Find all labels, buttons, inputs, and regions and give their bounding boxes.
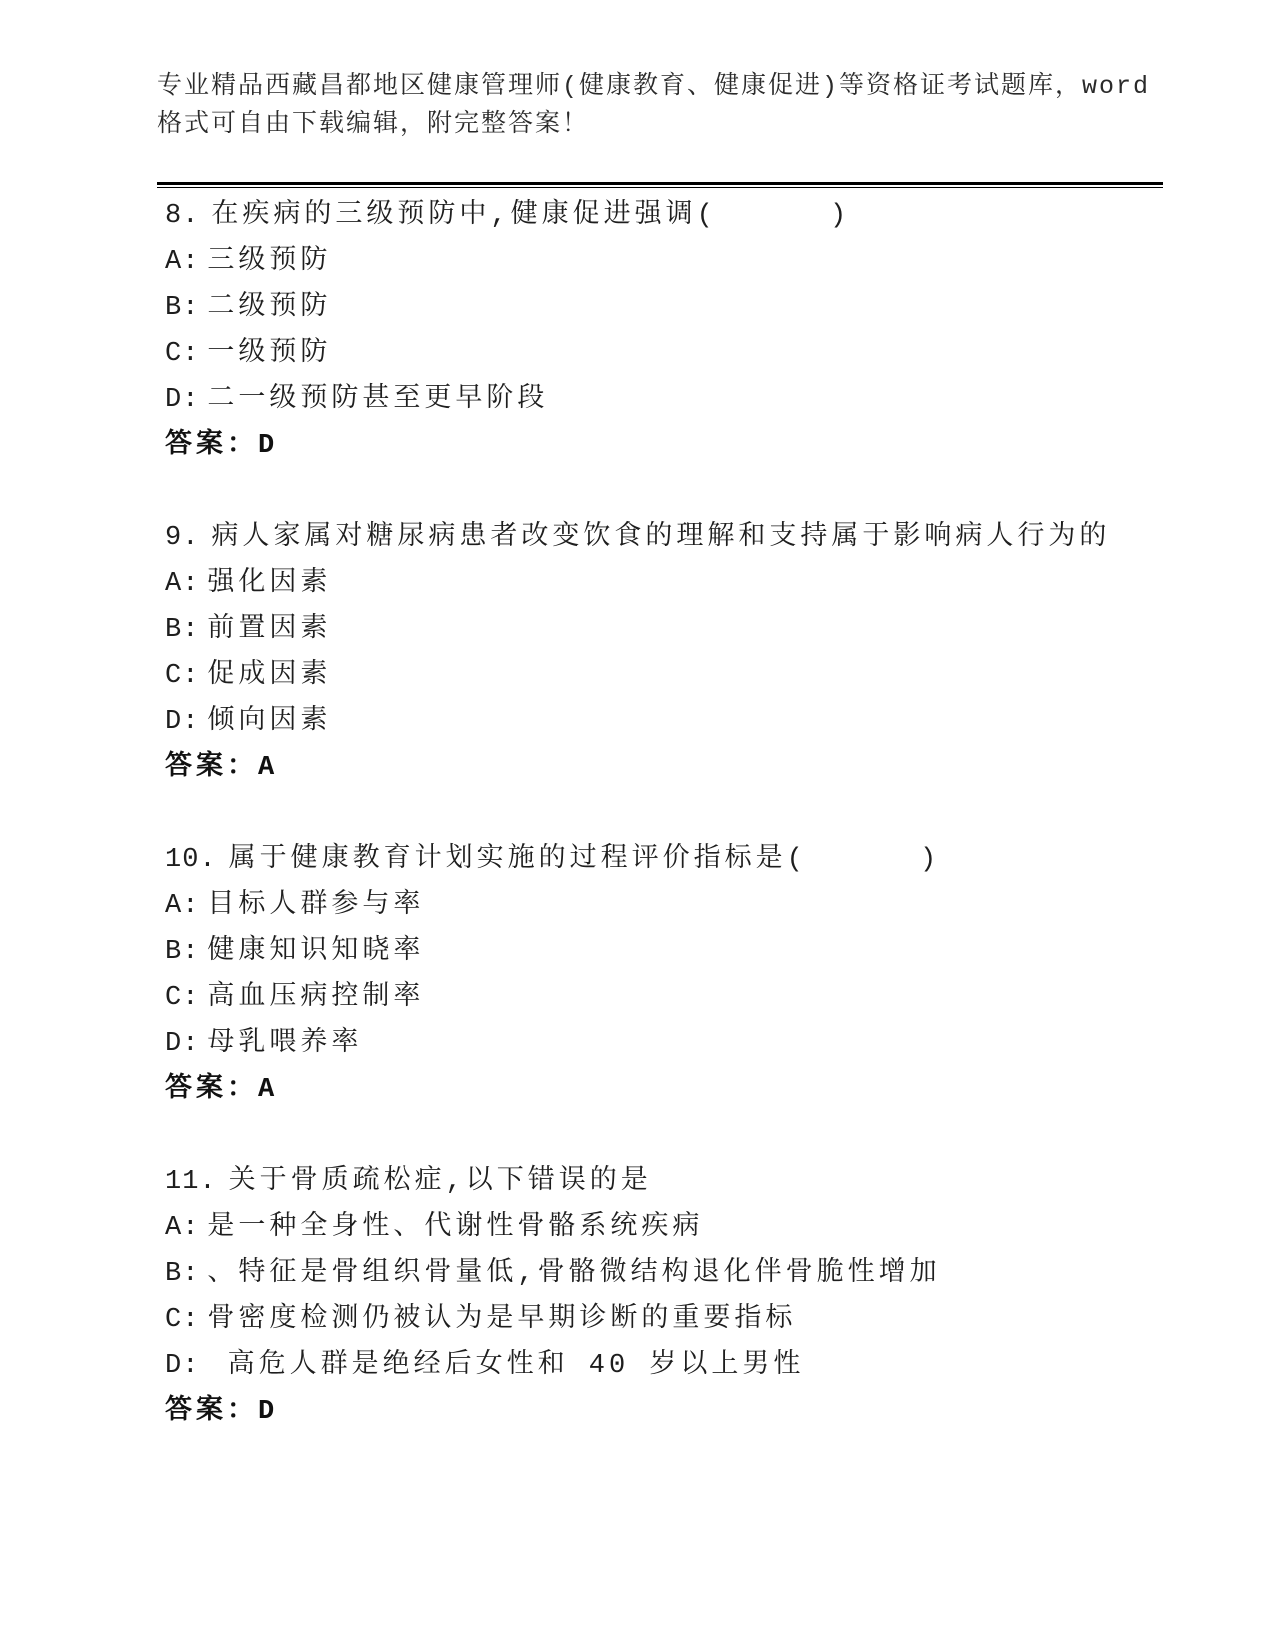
question-9-number: 9. (165, 523, 199, 553)
option-text: 三级预防 (207, 247, 331, 277)
option-label: C: (165, 661, 199, 691)
document-header: 专业精品西藏昌都地区健康管理师(健康教育、健康促进)等资格证考试题库，word … (157, 68, 1175, 144)
header-line-2: 格式可自由下载编辑，附完整答案！ (157, 106, 1175, 144)
option-label: B: (165, 1259, 199, 1289)
question-11-option-a: A:是一种全身性、代谢性骨骼系统疾病 (165, 1205, 1175, 1251)
question-9-text: 病人家属对糖尿病患者改变饮食的理解和支持属于影响病人行为的 (211, 523, 1110, 553)
question-9-option-d: D:倾向因素 (165, 699, 1175, 745)
question-8-number: 8. (165, 201, 199, 231)
question-10-option-b: B:健康知识知晓率 (165, 929, 1175, 975)
option-text: 一级预防 (207, 339, 331, 369)
question-10: 10.属于健康教育计划实施的过程评价指标是( ) A:目标人群参与率 B:健康知… (165, 837, 1175, 1113)
question-9: 9.病人家属对糖尿病患者改变饮食的理解和支持属于影响病人行为的 A:强化因素 B… (165, 515, 1175, 791)
option-label: D: (165, 707, 199, 737)
question-11-title: 11.关于骨质疏松症,以下错误的是 (165, 1159, 1175, 1205)
option-text: 母乳喂养率 (207, 1029, 362, 1059)
question-8-text: 在疾病的三级预防中,健康促进强调( ) (211, 201, 850, 231)
question-10-text: 属于健康教育计划实施的过程评价指标是( ) (229, 845, 941, 875)
option-label: A: (165, 247, 199, 277)
question-9-answer: 答案：A (165, 745, 1175, 791)
question-11: 11.关于骨质疏松症,以下错误的是 A:是一种全身性、代谢性骨骼系统疾病 B:、… (165, 1159, 1175, 1435)
question-10-option-c: C:高血压病控制率 (165, 975, 1175, 1021)
answer-prefix: 答案： (165, 1075, 258, 1105)
option-text: 高危人群是绝经后女性和 40 岁以上男性 (207, 1351, 804, 1381)
option-text: 健康知识知晓率 (207, 937, 424, 967)
question-10-option-a: A:目标人群参与率 (165, 883, 1175, 929)
question-8-option-d: D:二一级预防甚至更早阶段 (165, 377, 1175, 423)
document-page: 专业精品西藏昌都地区健康管理师(健康教育、健康促进)等资格证考试题库，word … (0, 0, 1275, 1650)
option-label: C: (165, 1305, 199, 1335)
question-8-answer: 答案：D (165, 423, 1175, 469)
answer-letter: D (258, 1397, 278, 1427)
question-11-option-d: D: 高危人群是绝经后女性和 40 岁以上男性 (165, 1343, 1175, 1389)
option-text: 倾向因素 (207, 707, 331, 737)
option-label: A: (165, 891, 199, 921)
option-label: B: (165, 293, 199, 323)
answer-letter: D (258, 431, 278, 461)
question-9-option-a: A:强化因素 (165, 561, 1175, 607)
question-9-option-c: C:促成因素 (165, 653, 1175, 699)
question-10-answer: 答案：A (165, 1067, 1175, 1113)
option-label: A: (165, 1213, 199, 1243)
question-11-text: 关于骨质疏松症,以下错误的是 (229, 1167, 652, 1197)
option-text: 二一级预防甚至更早阶段 (207, 385, 548, 415)
option-label: D: (165, 1029, 199, 1059)
option-label: D: (165, 1351, 199, 1381)
option-label: B: (165, 615, 199, 645)
question-11-option-b: B:、特征是骨组织骨量低,骨骼微结构退化伴骨脆性增加 (165, 1251, 1175, 1297)
option-label: B: (165, 937, 199, 967)
option-text: 高血压病控制率 (207, 983, 424, 1013)
option-text: 、特征是骨组织骨量低,骨骼微结构退化伴骨脆性增加 (207, 1259, 940, 1289)
answer-prefix: 答案： (165, 753, 258, 783)
option-label: C: (165, 339, 199, 369)
question-9-title: 9.病人家属对糖尿病患者改变饮食的理解和支持属于影响病人行为的 (165, 515, 1175, 561)
option-label: D: (165, 385, 199, 415)
question-11-answer: 答案：D (165, 1389, 1175, 1435)
option-label: C: (165, 983, 199, 1013)
option-text: 是一种全身性、代谢性骨骼系统疾病 (207, 1213, 703, 1243)
question-8-option-b: B:二级预防 (165, 285, 1175, 331)
option-text: 强化因素 (207, 569, 331, 599)
header-divider-rule (157, 182, 1163, 188)
option-text: 前置因素 (207, 615, 331, 645)
answer-letter: A (258, 753, 278, 783)
question-list: 8.在疾病的三级预防中,健康促进强调( ) A:三级预防 B:二级预防 C:一级… (157, 193, 1175, 1435)
option-text: 目标人群参与率 (207, 891, 424, 921)
question-8: 8.在疾病的三级预防中,健康促进强调( ) A:三级预防 B:二级预防 C:一级… (165, 193, 1175, 469)
option-text: 促成因素 (207, 661, 331, 691)
question-9-option-b: B:前置因素 (165, 607, 1175, 653)
option-text: 骨密度检测仍被认为是早期诊断的重要指标 (207, 1305, 796, 1335)
answer-prefix: 答案： (165, 431, 258, 461)
question-8-option-c: C:一级预防 (165, 331, 1175, 377)
question-10-option-d: D:母乳喂养率 (165, 1021, 1175, 1067)
option-text: 二级预防 (207, 293, 331, 323)
question-8-title: 8.在疾病的三级预防中,健康促进强调( ) (165, 193, 1175, 239)
question-10-number: 10. (165, 845, 217, 875)
question-11-number: 11. (165, 1167, 217, 1197)
answer-letter: A (258, 1075, 278, 1105)
header-line-1: 专业精品西藏昌都地区健康管理师(健康教育、健康促进)等资格证考试题库，word (157, 68, 1175, 106)
answer-prefix: 答案： (165, 1397, 258, 1427)
option-label: A: (165, 569, 199, 599)
question-10-title: 10.属于健康教育计划实施的过程评价指标是( ) (165, 837, 1175, 883)
question-11-option-c: C:骨密度检测仍被认为是早期诊断的重要指标 (165, 1297, 1175, 1343)
question-8-option-a: A:三级预防 (165, 239, 1175, 285)
